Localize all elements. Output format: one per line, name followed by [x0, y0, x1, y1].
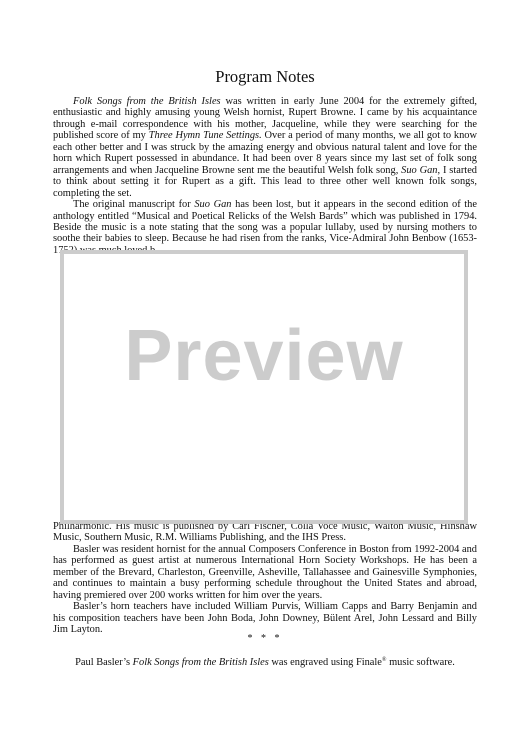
page-title: Program Notes: [0, 67, 530, 87]
upper-text-block: Folk Songs from the British Isles was wr…: [53, 96, 477, 256]
preview-watermark: Preview: [64, 316, 464, 396]
paragraph-teachers: Basler’s horn teachers have included Wil…: [53, 601, 477, 635]
paragraph-suo-gan: The original manuscript for Suo Gan has …: [53, 199, 477, 256]
paragraph-publishers: Philharmonic. His music is published by …: [53, 521, 477, 544]
engraving-credit: Paul Basler’s Folk Songs from the Britis…: [0, 657, 530, 668]
lower-text-block: Philharmonic. His music is published by …: [53, 521, 477, 636]
work-title-italic: Folk Songs from the British Isles: [73, 96, 221, 107]
section-separator: * * *: [0, 633, 530, 644]
document-page: Program Notes Folk Songs from the Britis…: [0, 0, 530, 750]
preview-overlay: Preview: [60, 250, 468, 524]
paragraph-career: Basler was resident hornist for the annu…: [53, 544, 477, 601]
paragraph-intro: Folk Songs from the British Isles was wr…: [53, 96, 477, 199]
